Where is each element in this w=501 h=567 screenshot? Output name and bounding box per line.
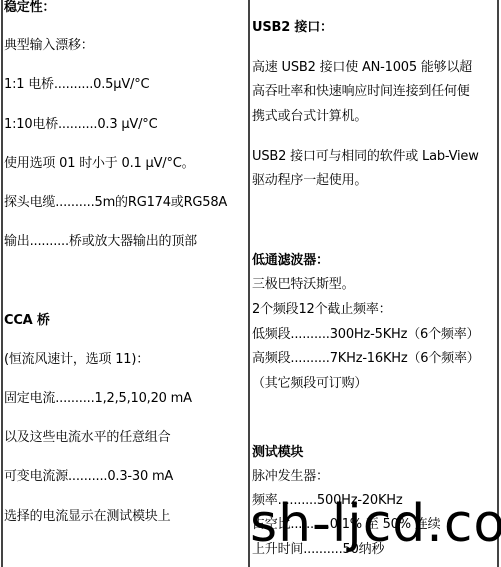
spec-line: (恒流风速计，选项 11)：: [4, 352, 149, 368]
spec-line: 1:1 电桥..........0.5μV/°C: [4, 77, 149, 93]
spec-line: 占空比..........0.1% 至 50% 连续: [252, 517, 440, 533]
spec-line: 固定电流..........1,2,5,10,20 mA: [4, 391, 192, 407]
spec-line: 探头电缆..........5m的RG174或RG58A: [4, 195, 227, 211]
spec-line: 以及这些电流水平的任意组合: [4, 430, 170, 446]
spec-line: 2个频段12个截止频率：: [252, 302, 391, 318]
spec-line: 三极巴特沃斯型。: [252, 277, 354, 293]
table-border-left: [1, 0, 3, 567]
lowpass-filter-heading: 低通滤波器：: [252, 253, 329, 269]
test-module-heading: 测试模块: [252, 445, 303, 461]
spec-line: 低频段..........300Hz-5KHz（6个频率）: [252, 327, 479, 343]
spec-line: 脉冲发生器：: [252, 469, 329, 485]
spec-line: 选择的电流显示在测试模块上: [4, 509, 170, 525]
spec-line: 高速 USB2 接口使 AN-1005 能够以超: [252, 60, 472, 76]
spec-line: 可变电流源..........0.3-30 mA: [4, 469, 173, 485]
spec-line: 高频段..........7KHz-16KHz（6个频率）: [252, 351, 480, 367]
spec-line: 上升时间..........50纳秒: [252, 542, 384, 558]
spec-line: 携式或台式计算机。: [252, 109, 367, 125]
spec-line: （其它频段可订购）: [252, 376, 367, 392]
spec-line: 高吞吐率和快速响应时间连接到任何便: [252, 84, 470, 100]
table-column-divider: [248, 0, 250, 567]
spec-line: USB2 接口可与相同的软件或 Lab-View: [252, 149, 479, 165]
spec-line: 1:10电桥..........0.3 μV/°C: [4, 117, 157, 133]
spec-line: 典型输入漂移：: [4, 38, 94, 54]
cca-bridge-heading: CCA 桥: [4, 313, 50, 329]
spec-line: 频率..........500Hz-20KHz: [252, 493, 403, 509]
usb2-heading: USB2 接口：: [252, 20, 333, 36]
stability-heading: 稳定性：: [4, 0, 55, 16]
table-border-right: [497, 0, 499, 567]
spec-line: 驱动程序一起使用。: [252, 173, 367, 189]
spec-line: 输出..........桥或放大器输出的顶部: [4, 234, 197, 250]
spec-line: 使用选项 01 时小于 0.1 μV/°C。: [4, 156, 194, 172]
